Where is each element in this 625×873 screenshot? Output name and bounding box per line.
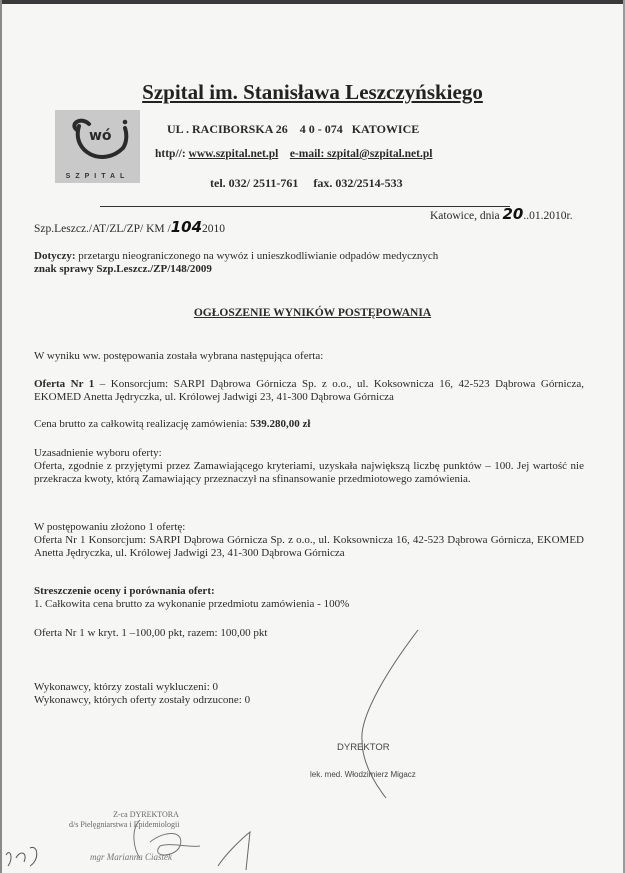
director-name: lek. med. Włodzimierz Migacz	[310, 770, 416, 779]
director-title: DYREKTOR	[337, 742, 390, 753]
director-signature-icon	[0, 0, 625, 873]
deputy-name: mgr Marianna Ciastek	[90, 852, 172, 862]
deputy-title: Z-ca DYREKTORA	[96, 810, 196, 819]
deputy-department: d/s Pielęgniarstwa i Epidemiologii	[69, 820, 179, 829]
